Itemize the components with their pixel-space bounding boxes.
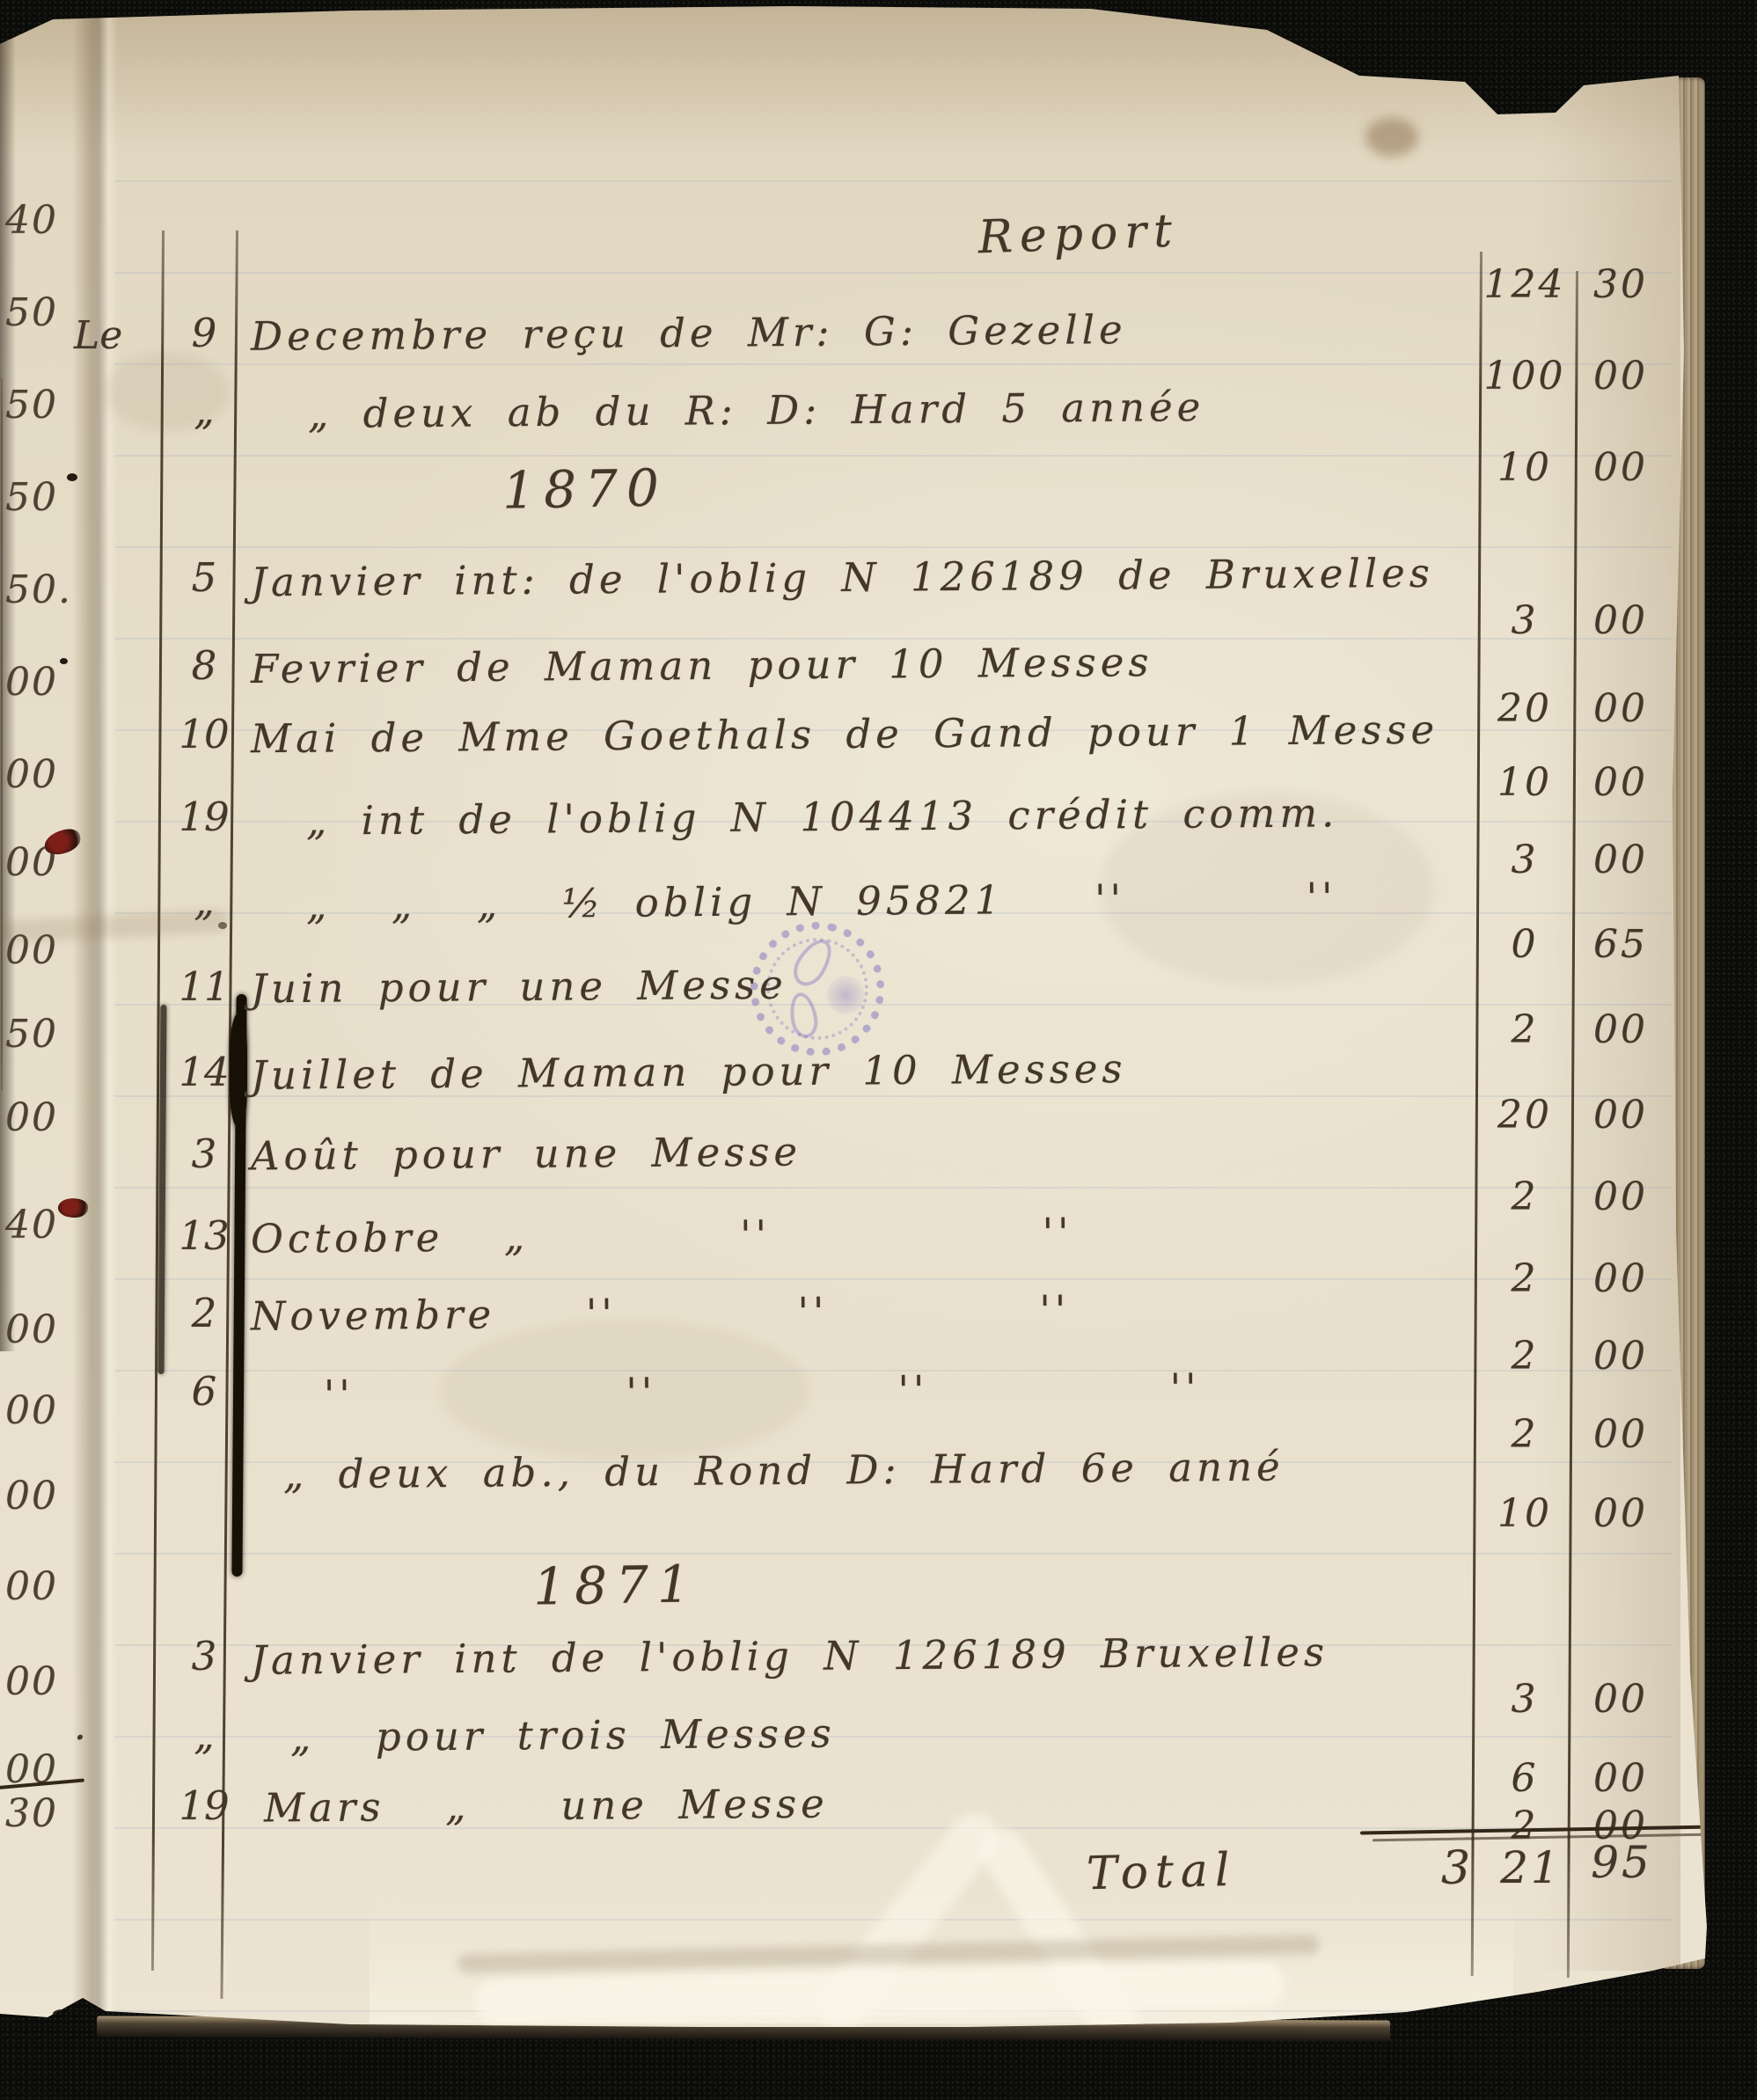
row-francs: 2: [1478, 1174, 1571, 1219]
row-francs: 0: [1478, 922, 1571, 967]
row-day: 14: [164, 1049, 245, 1095]
total-label: Total: [1086, 1844, 1237, 1900]
row-description: Juillet de Maman pour 10 Messes: [251, 1045, 1127, 1099]
row-description: Août pour une Messe: [251, 1129, 802, 1180]
row-francs: 20: [1478, 686, 1571, 731]
margin-number: 00: [5, 1564, 79, 1609]
row-francs: 2: [1478, 1412, 1571, 1457]
row-centimes: 00: [1578, 760, 1663, 805]
row-prefix: Le: [74, 313, 122, 358]
row-centimes: 00: [1578, 354, 1663, 399]
row-day: 2: [164, 1290, 245, 1336]
paper-stain: [1365, 118, 1418, 157]
row-francs: 10: [1478, 1491, 1571, 1536]
row-francs: 10: [1478, 760, 1571, 805]
row-description: '' '' '' '': [324, 1365, 1201, 1418]
row-centimes: 00: [1578, 838, 1663, 882]
row-centimes: 00: [1578, 1491, 1663, 1536]
row-description: Mars „ une Messe: [264, 1780, 829, 1831]
margin-number: 50: [5, 475, 79, 520]
facing-page-column-rule: [1, 378, 3, 1091]
row-day: 19: [164, 1782, 245, 1829]
row-francs: 20: [1478, 1093, 1571, 1138]
margin-number: 00: [5, 1474, 79, 1518]
margin-number: 00: [5, 1307, 79, 1352]
row-francs: 3: [1478, 838, 1571, 882]
row-day: 10: [164, 711, 245, 757]
row-francs: 10: [1478, 445, 1571, 490]
margin-number: 00: [5, 1388, 79, 1433]
row-description: Mai de Mme Goethals de Gand pour 1 Messe: [251, 706, 1439, 763]
row-prefix: ·: [74, 1716, 86, 1760]
row-centimes: 00: [1578, 1256, 1663, 1301]
margin-number: 00: [5, 660, 79, 705]
row-francs: 100: [1478, 354, 1571, 399]
row-day: 11: [164, 963, 245, 1010]
row-day: „: [164, 387, 245, 434]
row-centimes: 00: [1578, 1174, 1663, 1219]
margin-number: 50: [5, 290, 79, 335]
row-centimes: 00: [1578, 1756, 1663, 1801]
row-description: Novembre '' '' '': [251, 1286, 1071, 1339]
row-francs: 2: [1478, 1334, 1571, 1379]
year-heading-1871: 1871: [439, 1553, 792, 1619]
row-francs: 2: [1478, 1256, 1571, 1301]
row-francs: 3: [1478, 598, 1571, 643]
row-description: Janvier int: de l'oblig N 126189 de Brux…: [251, 550, 1434, 606]
margin-number: 00: [5, 1095, 79, 1140]
row-description: Janvier int de l'oblig N 126189 Bruxelle…: [251, 1628, 1329, 1684]
total-francs-tens: 21: [1490, 1842, 1571, 1893]
report-francs: 124: [1478, 262, 1571, 307]
row-day: 6: [164, 1368, 245, 1415]
row-description: „ deux ab., du Rond D: Hard 6e anné: [283, 1444, 1285, 1498]
total-centimes: 95: [1581, 1837, 1662, 1888]
margin-number: 00: [5, 752, 79, 797]
margin-number: 50.: [5, 567, 79, 612]
ink-speck: [60, 658, 68, 664]
row-centimes: 00: [1578, 1007, 1663, 1052]
row-description: „ pour trois Messes: [290, 1710, 836, 1761]
row-description: „ deux ab du R: D: Hard 5 année: [308, 384, 1205, 437]
row-centimes: 00: [1578, 598, 1663, 643]
row-description: Fevrier de Maman pour 10 Messes: [251, 639, 1153, 692]
row-description: „ int de l'oblig N 104413 crédit comm.: [306, 789, 1339, 844]
row-day: „: [164, 1712, 245, 1759]
row-day: 9: [164, 310, 245, 356]
row-day: 19: [164, 794, 245, 840]
margin-number: 00: [5, 1659, 79, 1704]
margin-number: 40: [5, 198, 79, 243]
row-francs: 2: [1478, 1007, 1571, 1052]
row-centimes: 00: [1578, 1093, 1663, 1138]
row-description: Juin pour une Messe: [251, 962, 787, 1013]
margin-sum: 30: [5, 1791, 79, 1836]
year-heading-1870: 1870: [408, 457, 761, 523]
report-centimes: 30: [1578, 262, 1663, 307]
row-description: „ „ „ ½ oblig N 95821 '' '': [306, 874, 1337, 928]
row-centimes: 00: [1578, 686, 1663, 731]
row-centimes: 00: [1578, 1677, 1663, 1722]
row-centimes: 00: [1578, 1412, 1663, 1457]
ledger-page: 40 50 50 50 50. 00 00 00 00 50 00 40 00 …: [0, 0, 1757, 2100]
total-francs-hundreds: 3: [1441, 1842, 1470, 1895]
row-francs: 3: [1478, 1677, 1571, 1722]
margin-number: 50: [5, 383, 79, 428]
row-day: 3: [164, 1130, 245, 1177]
row-centimes: 65: [1578, 922, 1663, 967]
row-centimes: 00: [1578, 1334, 1663, 1379]
row-day: 13: [164, 1212, 245, 1259]
row-description: Octobre „ '' '': [251, 1209, 1073, 1262]
scanned-ledger-document: 40 50 50 50 50. 00 00 00 00 50 00 40 00 …: [0, 0, 1757, 2100]
row-day: 8: [164, 642, 245, 689]
row-day: 3: [164, 1633, 245, 1679]
margin-number: 50: [5, 1012, 79, 1057]
row-centimes: 00: [1578, 445, 1663, 490]
row-francs: 6: [1478, 1756, 1571, 1801]
row-description: Decembre reçu de Mr: G: Gezelle: [251, 306, 1127, 360]
row-day: 5: [164, 554, 245, 601]
ink-speck: [67, 473, 77, 481]
report-label: Report: [898, 204, 1180, 267]
